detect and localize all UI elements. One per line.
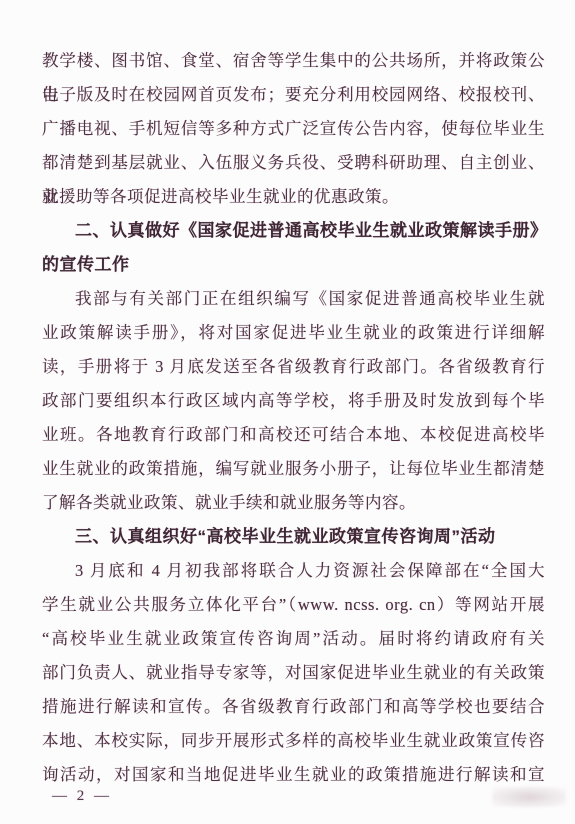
document-body: 教学楼、图书馆、食堂、宿舍等学生集中的公共场所，并将政策公告 电子版及时在校园网… — [42, 44, 545, 792]
text-line: 广播电视、手机短信等多种方式广泛宣传公告内容，使每位毕业生 — [42, 112, 545, 146]
page-number: — 2 — — [52, 788, 112, 805]
heading-line: 的宣传工作 — [42, 248, 545, 282]
text-line: 措施进行解读和宣传。各省级教育行政部门和高等学校也要结合 — [42, 690, 545, 724]
heading-line: 三、认真组织好“高校毕业生就业政策宣传咨询周”活动 — [42, 520, 545, 554]
text-line: 业援助等各项促进高校毕业生就业的优惠政策。 — [42, 180, 545, 214]
paragraph-2: 我部与有关部门正在组织编写《国家促进普通高校毕业生就 业政策解读手册》，将对国家… — [42, 282, 545, 520]
text-line: 政部门要组织本行政区域内高等学校，将手册及时发放到每个毕 — [42, 384, 545, 418]
text-line: 电子版及时在校园网首页发布；要充分利用校园网络、校报校刊、 — [42, 78, 545, 112]
text-line: “高校毕业生就业政策宣传咨询周”活动。届时将约请政府有关 — [42, 622, 545, 656]
text-line: 部门负责人、就业指导专家等，对国家促进毕业生就业的有关政策 — [42, 656, 545, 690]
text-line: 本地、本校实际，同步开展形式多样的高校毕业生就业政策宣传咨 — [42, 724, 545, 758]
heading-line: 二、认真做好《国家促进普通高校毕业生就业政策解读手册》 — [42, 214, 545, 248]
paragraph-continuation: 教学楼、图书馆、食堂、宿舍等学生集中的公共场所，并将政策公告 电子版及时在校园网… — [42, 44, 545, 214]
text-line: 业班。各地教育行政部门和高校还可结合本地、本校促进高校毕 — [42, 418, 545, 452]
text-line: 业政策解读手册》，将对国家促进毕业生就业的政策进行详细解 — [42, 316, 545, 350]
text-line: 学生就业公共服务立体化平台”（www. ncss. org. cn）等网站开展 — [42, 588, 545, 622]
text-line: 读，手册将于 3 月底发送至各省级教育行政部门。各省级教育行 — [42, 350, 545, 384]
text-line: 都清楚到基层就业、入伍服义务兵役、受聘科研助理、自主创业、就 — [42, 146, 545, 180]
text-line: 了解各类就业政策、就业手续和就业服务等内容。 — [42, 486, 545, 520]
section-heading-2: 二、认真做好《国家促进普通高校毕业生就业政策解读手册》 的宣传工作 — [42, 214, 545, 282]
text-line: 教学楼、图书馆、食堂、宿舍等学生集中的公共场所，并将政策公告 — [42, 44, 545, 78]
section-heading-3: 三、认真组织好“高校毕业生就业政策宣传咨询周”活动 — [42, 520, 545, 554]
text-line: 业生就业的政策措施，编写就业服务小册子，让每位毕业生都清楚 — [42, 452, 545, 486]
paragraph-3: 3 月底和 4 月初我部将联合人力资源社会保障部在“全国大 学生就业公共服务立体… — [42, 554, 545, 792]
scanned-document-page: 教学楼、图书馆、食堂、宿舍等学生集中的公共场所，并将政策公告 电子版及时在校园网… — [0, 0, 575, 824]
text-line: 3 月底和 4 月初我部将联合人力资源社会保障部在“全国大 — [42, 554, 545, 588]
text-line: 询活动，对国家和当地促进毕业生就业的政策措施进行解读和宣 — [42, 758, 545, 792]
text-line: 我部与有关部门正在组织编写《国家促进普通高校毕业生就 — [42, 282, 545, 316]
